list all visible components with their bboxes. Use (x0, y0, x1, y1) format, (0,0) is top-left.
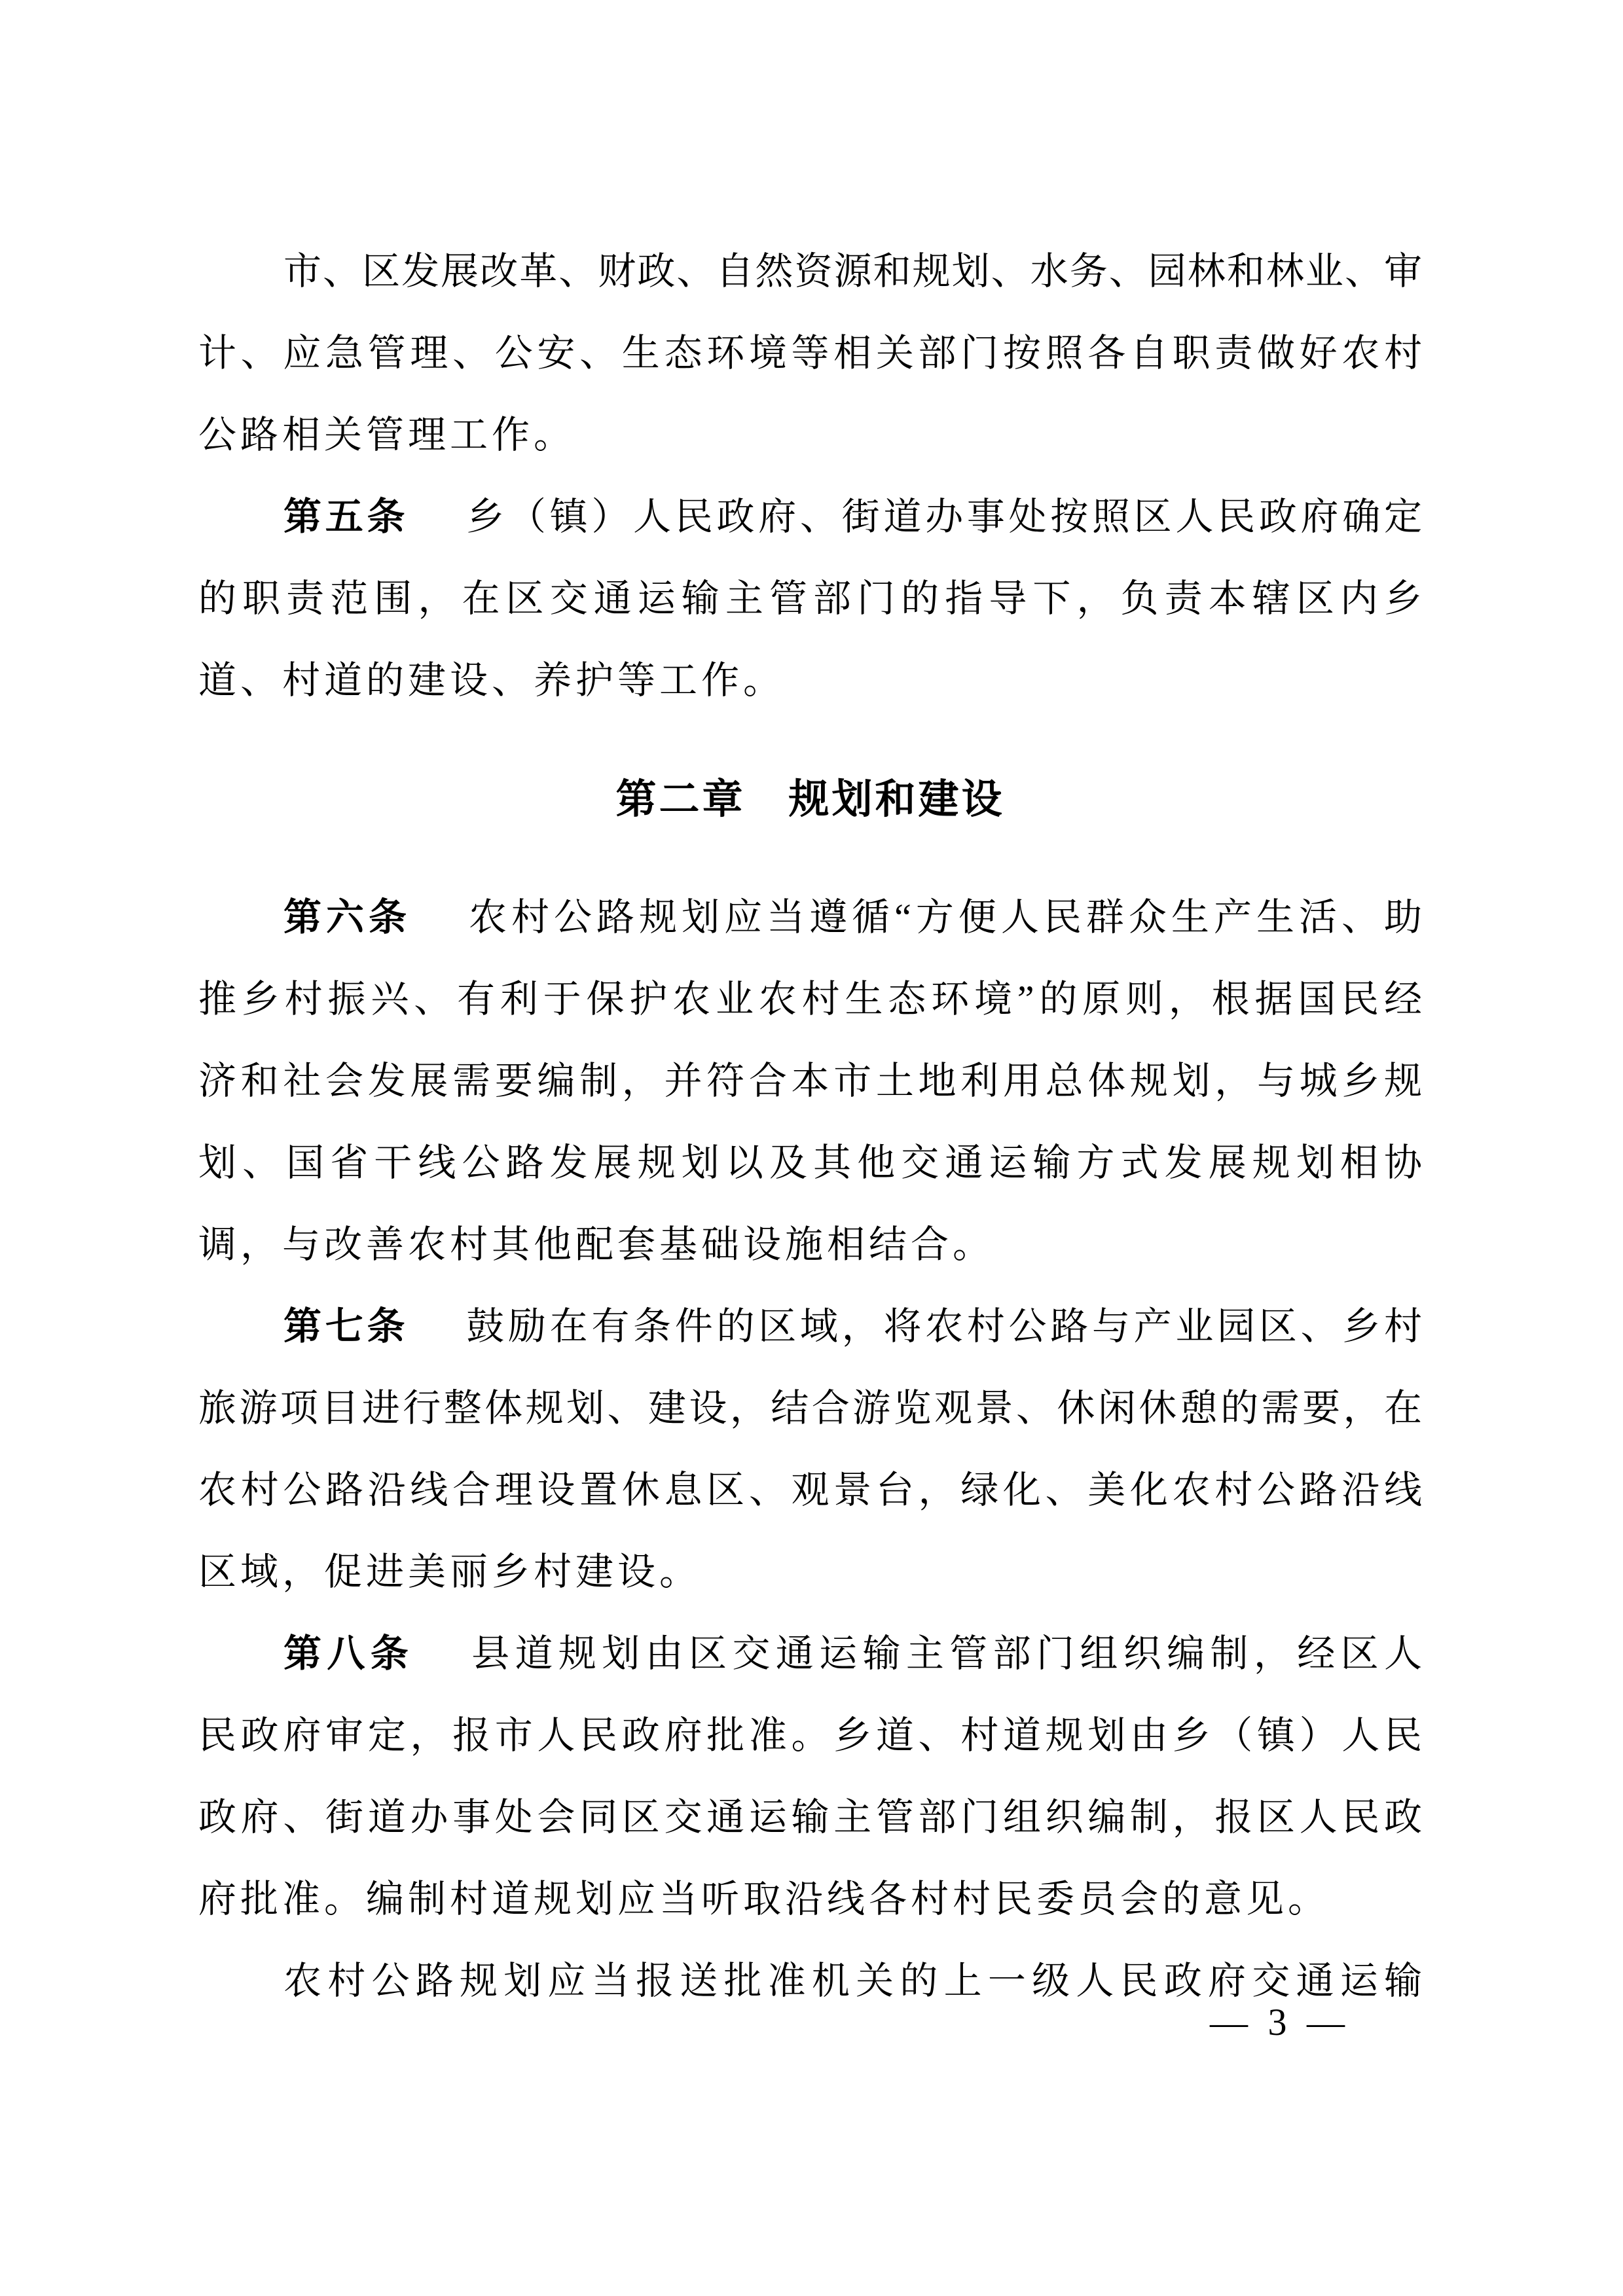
text-run: 鼓励在有条件的区域，将农村公路与产业园区、乡村 (466, 1305, 1422, 1348)
text-line: 推乡村振兴、有利于保护农业农村生态环境”的原则，根据国民经 (198, 958, 1422, 1040)
text-line: 调，与改善农村其他配套基础设施相结合。 (198, 1204, 1422, 1285)
page-number: — 3 — (1210, 2000, 1350, 2081)
text-line: 第七条鼓励在有条件的区域，将农村公路与产业园区、乡村 (198, 1285, 1422, 1367)
text-line: 划、国省干线公路发展规划以及其他交通运输方式发展规划相协 (198, 1122, 1422, 1204)
text-line: 第五条乡（镇）人民政府、街道办事处按照区人民政府确定 (198, 476, 1422, 558)
chapter-heading: 第二章 规划和建设 (198, 759, 1422, 840)
text-line: 第八条县道规划由区交通运输主管部门组织编制，经区人 (198, 1613, 1422, 1695)
article-number-label: 第八条 (283, 1632, 414, 1675)
article-number-label: 第六条 (283, 896, 411, 939)
document-body: 市、区发展改革、财政、自然资源和规划、水务、园林和林业、审计、应急管理、公安、生… (198, 230, 1422, 2022)
text-line: 旅游项目进行整体规划、建设，结合游览观景、休闲休憩的需要，在 (198, 1367, 1422, 1449)
article-number-label: 第七条 (283, 1305, 409, 1348)
text-line: 公路相关管理工作。 (198, 394, 1422, 476)
text-line: 区域，促进美丽乡村建设。 (198, 1531, 1422, 1613)
text-line: 计、应急管理、公安、生态环境等相关部门按照各自职责做好农村 (198, 312, 1422, 394)
text-run: 乡（镇）人民政府、街道办事处按照区人民政府确定 (466, 495, 1422, 538)
text-line: 济和社会发展需要编制，并符合本市土地利用总体规划，与城乡规 (198, 1040, 1422, 1122)
text-line: 府批准。编制村道规划应当听取沿线各村村民委员会的意见。 (198, 1858, 1422, 1940)
text-run: 县道规划由区交通运输主管部门组织编制，经区人 (471, 1632, 1422, 1675)
text-line: 政府、街道办事处会同区交通运输主管部门组织编制，报区人民政 (198, 1776, 1422, 1858)
text-line: 第六条农村公路规划应当遵循“方便人民群众生产生活、助 (198, 876, 1422, 958)
text-line: 民政府审定，报市人民政府批准。乡道、村道规划由乡（镇）人民 (198, 1695, 1422, 1776)
text-line: 道、村道的建设、养护等工作。 (198, 639, 1422, 721)
text-line: 市、区发展改革、财政、自然资源和规划、水务、园林和林业、审 (198, 230, 1422, 312)
text-line: 的职责范围，在区交通运输主管部门的指导下，负责本辖区内乡 (198, 558, 1422, 639)
article-number-label: 第五条 (283, 495, 409, 538)
document-page: 市、区发展改革、财政、自然资源和规划、水务、园林和林业、审计、应急管理、公安、生… (0, 0, 1623, 2296)
text-line: 农村公路沿线合理设置休息区、观景台，绿化、美化农村公路沿线 (198, 1449, 1422, 1531)
text-run: 农村公路规划应当遵循“方便人民群众生产生活、助 (469, 896, 1422, 939)
